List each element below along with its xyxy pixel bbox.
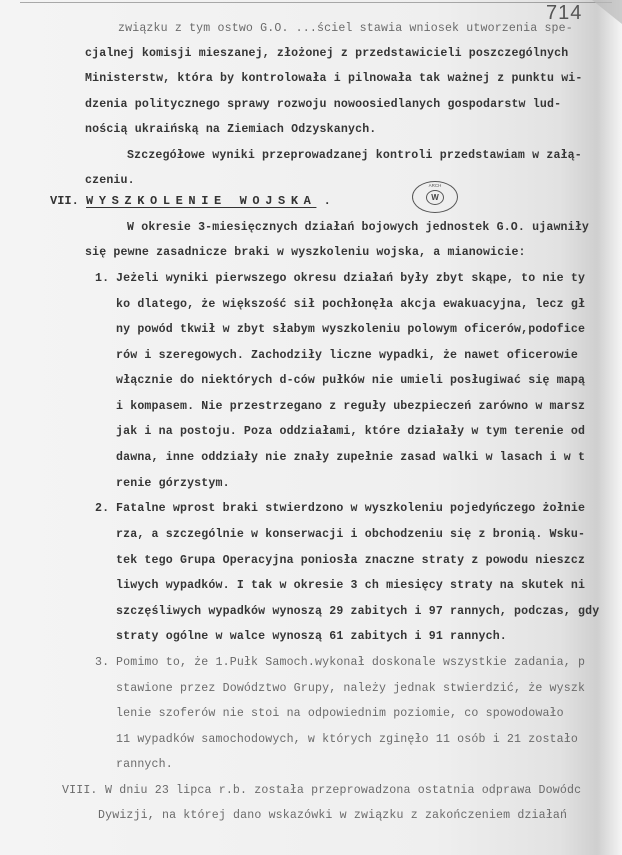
text-line: związku z tym ostwo G.O. ...ściel stawia…	[118, 22, 573, 35]
text-line: lenie szoferów nie stoi na odpowiednim p…	[116, 707, 564, 720]
text-line: dawna, inne oddziały nie znały zupełnie …	[116, 451, 585, 464]
text-line: rów i szeregowych. Zachodziły liczne wyp…	[116, 349, 578, 362]
list-item-number: 3.	[95, 656, 109, 669]
text-line: straty ogólne w walce wynoszą 61 zabityc…	[116, 630, 507, 643]
folded-corner	[592, 0, 622, 24]
list-item-number: 2.	[95, 502, 109, 515]
stamp-ring-text: ARCH	[413, 183, 457, 188]
text-line: Fatalne wprost braki stwierdzono w wyszk…	[116, 502, 585, 515]
text-line: jak i na postoju. Poza oddziałami, które…	[116, 425, 585, 438]
text-line: włącznie do niektórych d-ców pułków nie …	[116, 374, 585, 387]
text-line: W dniu 23 lipca r.b. została przeprowadz…	[105, 784, 581, 797]
text-line: nością ukraińską na Ziemiach Odzyskanych…	[85, 123, 376, 136]
text-line: stawione przez Dowództwo Grupy, należy j…	[116, 682, 585, 695]
section-heading-vii: VII. WYSZKOLENIE WOJSKA .	[50, 194, 331, 208]
text-line: rza, a szczególnie w konserwacji i obcho…	[116, 528, 585, 541]
text-line: czeniu.	[85, 174, 135, 187]
text-line: W okresie 3-miesięcznych działań bojowyc…	[127, 221, 589, 234]
text-line: renie górzystym.	[116, 477, 230, 490]
text-line: Pomimo to, że 1.Pułk Samoch.wykonał dosk…	[116, 656, 585, 669]
text-line: Jeżeli wyniki pierwszego okresu działań …	[116, 272, 585, 285]
section-number: VII.	[50, 194, 79, 208]
section-title-period: .	[324, 194, 331, 208]
section-title: WYSZKOLENIE WOJSKA	[86, 194, 316, 208]
text-line: szczęśliwych wypadków wynoszą 29 zabityc…	[116, 605, 599, 618]
page-top-edge	[20, 2, 612, 3]
section-number-viii: VIII.	[62, 784, 98, 797]
text-line: się pewne zasadnicze braki w wyszkoleniu…	[85, 246, 526, 259]
text-line: ny powód tkwił w zbyt słabym wyszkoleniu…	[116, 323, 585, 336]
text-line: Ministerstw, która by kontrolowała i pil…	[85, 72, 583, 85]
text-line: tek tego Grupa Operacyjna poniosła znacz…	[116, 554, 585, 567]
text-line: cjalnej komisji mieszanej, złożonej z pr…	[85, 47, 568, 60]
text-line: Dywizji, na której dano wskazówki w zwią…	[98, 809, 567, 822]
document-page: 714 związku z tym ostwo G.O. ...ściel st…	[0, 0, 622, 855]
text-line: i kompasem. Nie przestrzegano z reguły u…	[116, 400, 585, 413]
text-line: ko dlatego, że większość sił pochłonęła …	[116, 298, 585, 311]
text-line: rannych.	[116, 758, 173, 771]
archive-stamp: ARCH W	[412, 181, 458, 213]
text-line: liwych wypadków. I tak w okresie 3 ch mi…	[116, 579, 585, 592]
text-line: Szczegółowe wyniki przeprowadzanej kontr…	[127, 149, 582, 162]
list-item-number: 1.	[95, 272, 109, 285]
text-line: 11 wypadków samochodowych, w których zgi…	[116, 733, 578, 746]
stamp-emblem: W	[426, 190, 444, 205]
text-line: dzenia politycznego sprawy rozwoju nowoo…	[85, 98, 561, 111]
